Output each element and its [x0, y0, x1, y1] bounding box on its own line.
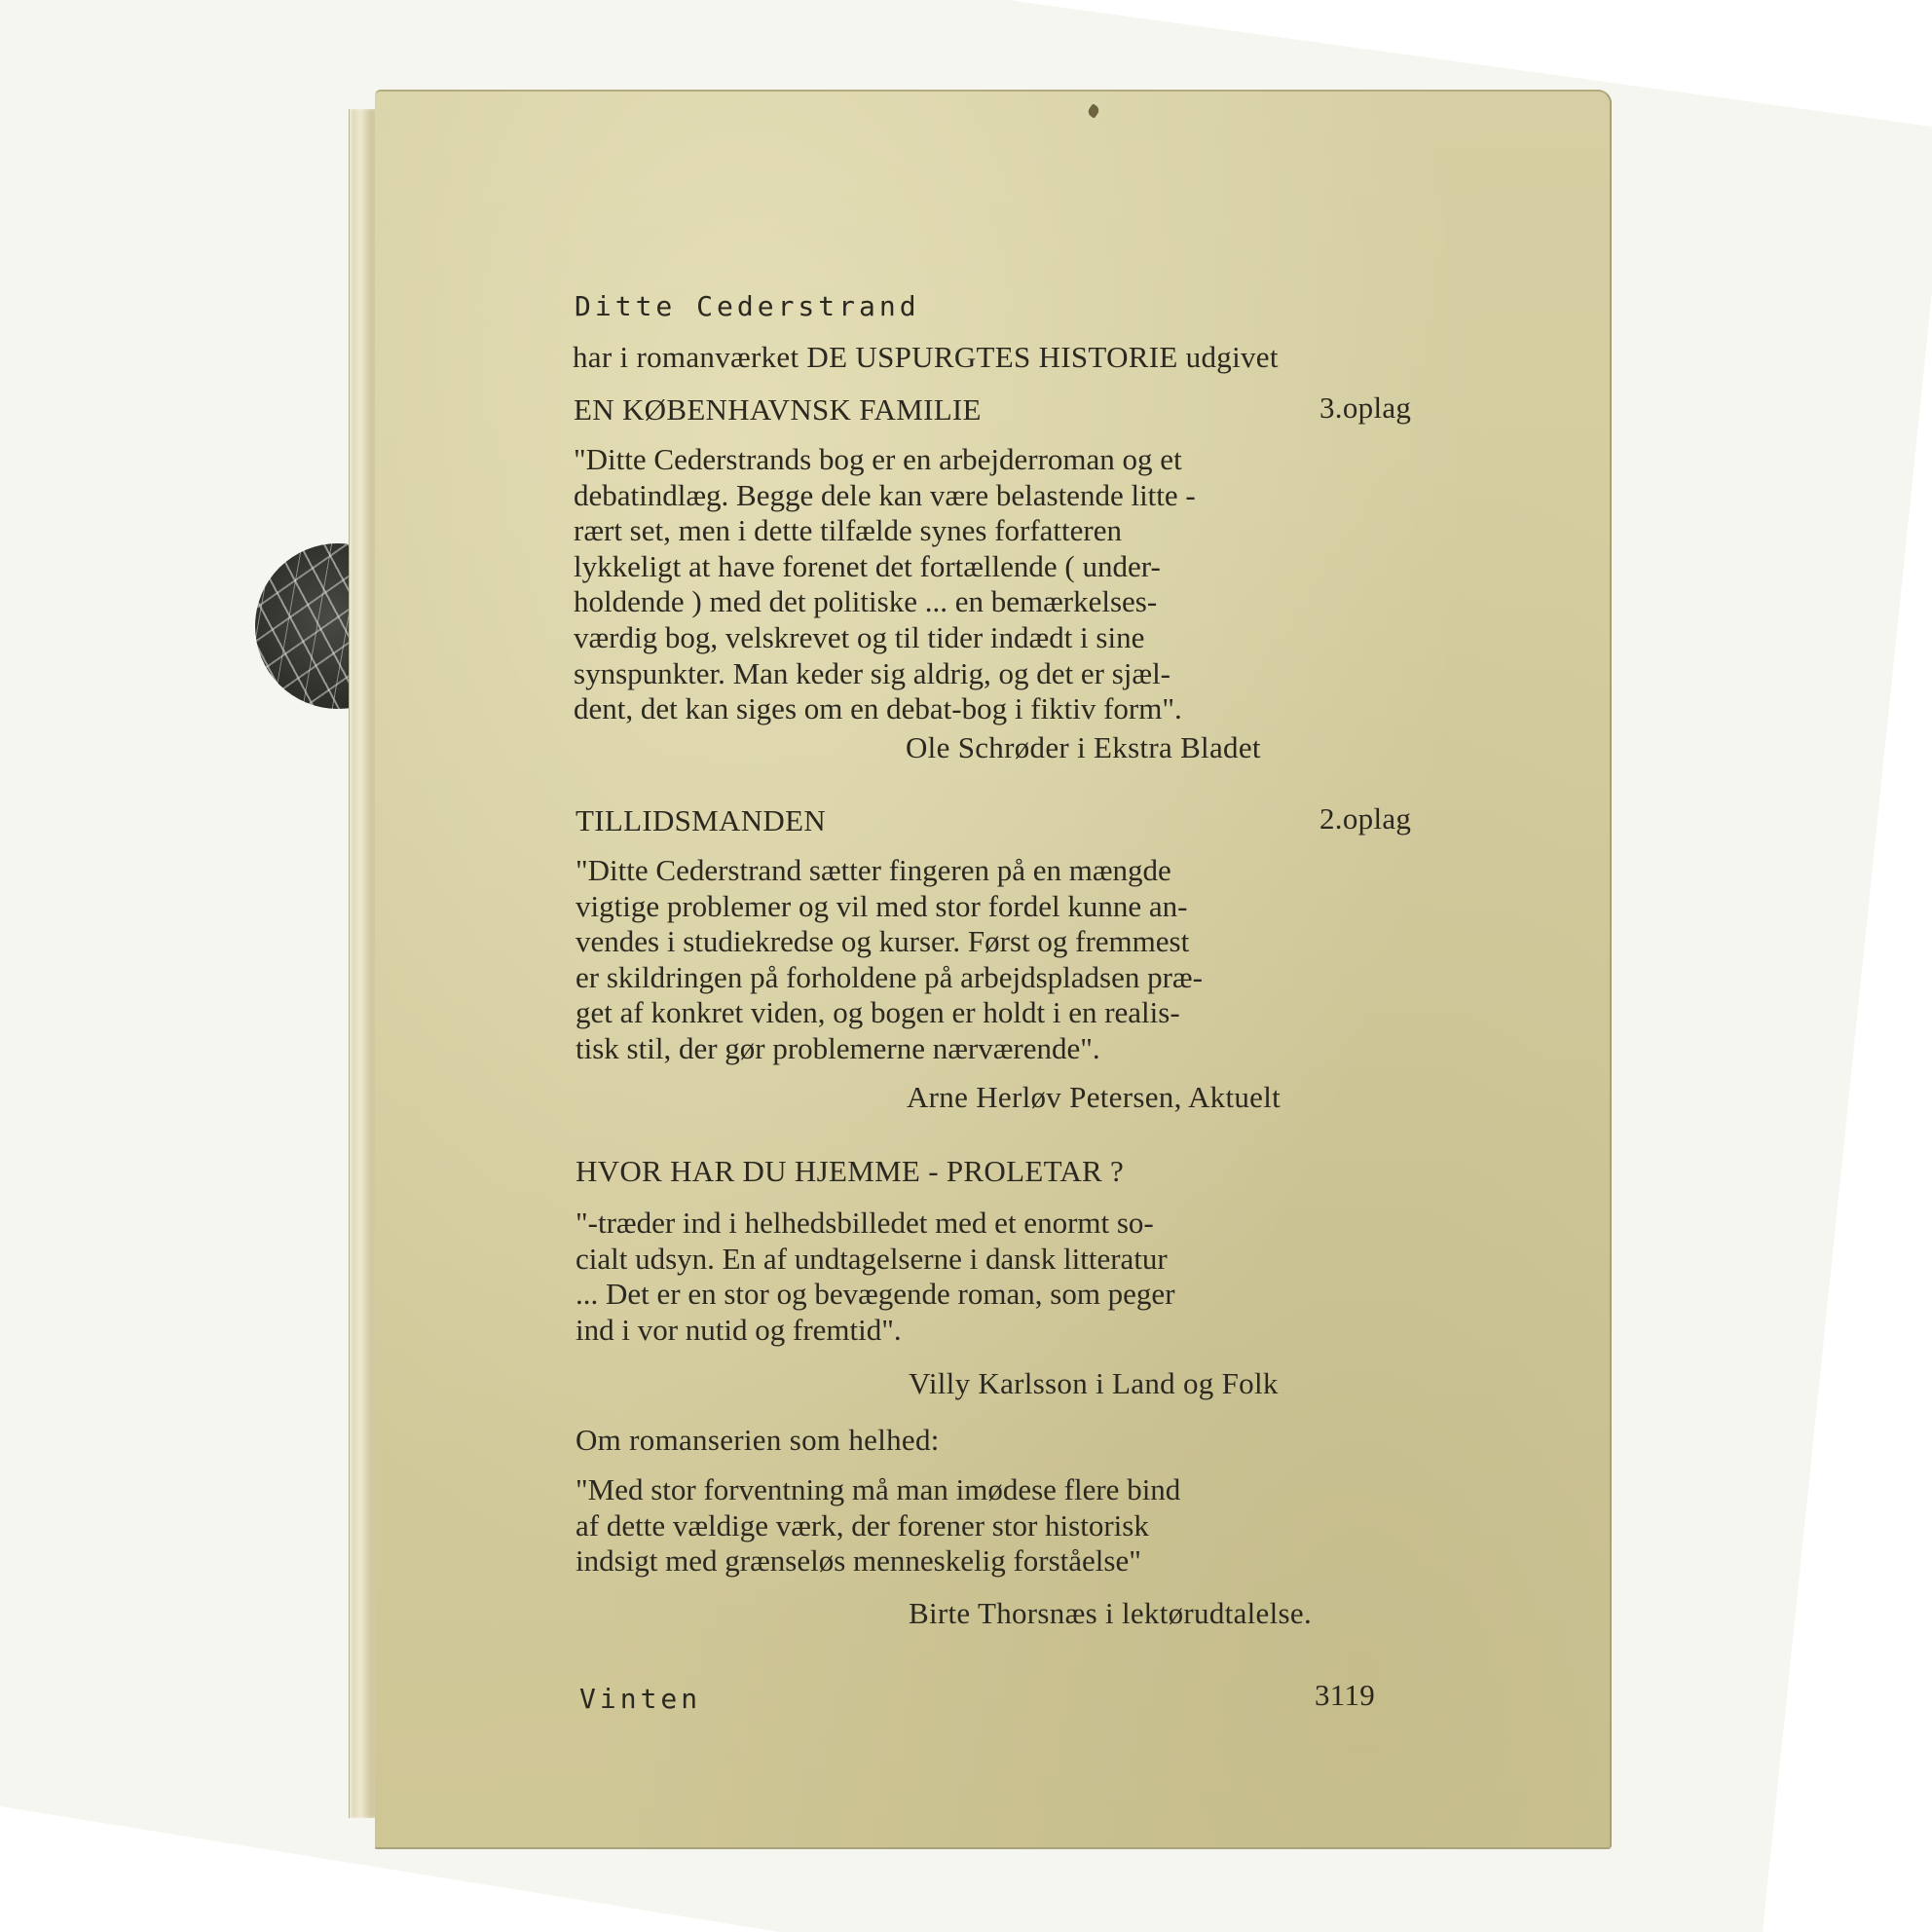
quote-line: "Ditte Cederstrands bog er en arbejderro… — [574, 442, 1196, 478]
book-quote: "-træder ind i helhedsbilledet med et en… — [576, 1206, 1175, 1348]
quote-line: "Med stor forventning må man imødese fle… — [576, 1472, 1180, 1508]
book-quote: "Ditte Cederstrands bog er en arbejderro… — [574, 442, 1196, 727]
quote-line: cialt udsyn. En af undtagelserne i dansk… — [576, 1242, 1175, 1278]
quote-line: lykkeligt at have forenet det fortællend… — [574, 549, 1196, 585]
quote-line: "Ditte Cederstrand sætter fingeren på en… — [576, 853, 1203, 889]
quote-line: af dette vældige værk, der forener stor … — [576, 1508, 1180, 1544]
quote-line: dent, det kan siges om en debat-bog i fi… — [574, 691, 1196, 727]
stain-mark — [1086, 103, 1100, 119]
quote-line: rært set, men i dette tilfælde synes for… — [574, 513, 1196, 549]
book-back-cover: Ditte Cederstrand har i romanværket DE U… — [375, 90, 1612, 1849]
publisher-name: Vinten — [579, 1681, 701, 1717]
book-edition: 3.oplag — [1319, 390, 1411, 426]
quote-attribution: Ole Schrøder i Ekstra Bladet — [906, 729, 1261, 765]
quote-line: vendes i studiekredse og kurser. Først o… — [576, 924, 1203, 960]
quote-line: get af konkret viden, og bogen er holdt … — [576, 995, 1203, 1031]
book-title: TILLIDSMANDEN — [576, 802, 826, 838]
quote-line: synspunkter. Man keder sig aldrig, og de… — [574, 656, 1196, 692]
quote-line: tisk stil, der gør problemerne nærværend… — [576, 1031, 1203, 1067]
quote-line: ind i vor nutid og fremtid". — [576, 1313, 1175, 1349]
book-title: HVOR HAR DU HJEMME - PROLETAR ? — [576, 1153, 1124, 1189]
book-quote: "Ditte Cederstrand sætter fingeren på en… — [576, 853, 1203, 1067]
quote-line: "-træder ind i helhedsbilledet med et en… — [576, 1206, 1175, 1242]
quote-line: indsigt med grænseløs menneskelig forstå… — [576, 1543, 1180, 1579]
series-heading: Om romanserien som helhed: — [576, 1422, 940, 1458]
quote-line: værdig bog, velskrevet og til tider indæ… — [574, 620, 1196, 656]
catalog-number: 3119 — [1315, 1677, 1375, 1713]
author-name: Ditte Cederstrand — [575, 288, 920, 324]
quote-attribution: Arne Herløv Petersen, Aktuelt — [907, 1079, 1281, 1115]
book-title: EN KØBENHAVNSK FAMILIE — [574, 391, 982, 427]
quote-attribution: Birte Thorsnæs i lektørudtalelse. — [909, 1595, 1312, 1631]
quote-attribution: Villy Karlsson i Land og Folk — [909, 1365, 1279, 1401]
quote-line: vigtige problemer og vil med stor fordel… — [576, 889, 1203, 925]
quote-line: ... Det er en stor og bevægende roman, s… — [576, 1277, 1175, 1313]
quote-line: holdende ) med det politiske ... en bemæ… — [574, 584, 1196, 620]
quote-line: debatindlæg. Begge dele kan være belaste… — [574, 478, 1196, 514]
series-quote: "Med stor forventning må man imødese fle… — [576, 1472, 1180, 1579]
intro-line: har i romanværket DE USPURGTES HISTORIE … — [573, 339, 1279, 375]
book-edition: 2.oplag — [1319, 800, 1411, 836]
quote-line: er skildringen på forholdene på arbejdsp… — [576, 960, 1203, 996]
